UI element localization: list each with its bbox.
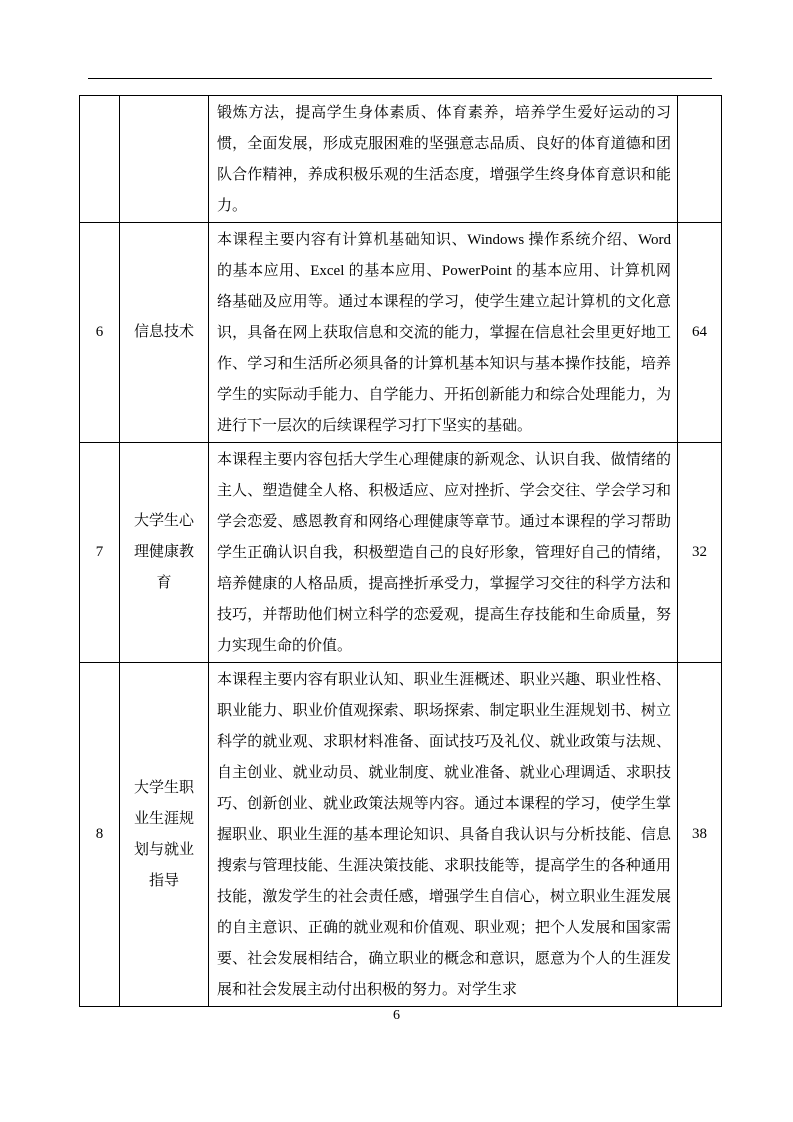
document-page: 锻炼方法，提高学生身体素质、体育素养，培养学生爱好运动的习惯，全面发展，形成克服… bbox=[0, 0, 793, 1122]
course-name-cell bbox=[120, 96, 209, 223]
course-name-cell: 大学生心理健康教育 bbox=[120, 443, 209, 663]
table-row: 7 大学生心理健康教育 本课程主要内容包括大学生心理健康的新观念、认识自我、做情… bbox=[80, 443, 722, 663]
course-index-cell: 6 bbox=[80, 223, 120, 443]
course-index-cell bbox=[80, 96, 120, 223]
header-rule bbox=[88, 78, 712, 79]
course-name-cell: 信息技术 bbox=[120, 223, 209, 443]
course-description-cell: 本课程主要内容有计算机基础知识、Windows 操作系统介绍、Word 的基本应… bbox=[209, 223, 678, 443]
course-index-cell: 7 bbox=[80, 443, 120, 663]
course-hours-cell: 64 bbox=[678, 223, 722, 443]
course-table: 锻炼方法，提高学生身体素质、体育素养，培养学生爱好运动的习惯，全面发展，形成克服… bbox=[79, 95, 722, 1007]
table-row: 6 信息技术 本课程主要内容有计算机基础知识、Windows 操作系统介绍、Wo… bbox=[80, 223, 722, 443]
page-number: 6 bbox=[0, 1008, 793, 1024]
course-name-cell: 大学生职业生涯规划与就业指导 bbox=[120, 663, 209, 1007]
course-description-cell: 本课程主要内容有职业认知、职业生涯概述、职业兴趣、职业性格、职业能力、职业价值观… bbox=[209, 663, 678, 1007]
table-row: 锻炼方法，提高学生身体素质、体育素养，培养学生爱好运动的习惯，全面发展，形成克服… bbox=[80, 96, 722, 223]
course-hours-cell: 32 bbox=[678, 443, 722, 663]
course-description-cell: 本课程主要内容包括大学生心理健康的新观念、认识自我、做情绪的主人、塑造健全人格、… bbox=[209, 443, 678, 663]
course-hours-cell: 38 bbox=[678, 663, 722, 1007]
course-hours-cell bbox=[678, 96, 722, 223]
table-row: 8 大学生职业生涯规划与就业指导 本课程主要内容有职业认知、职业生涯概述、职业兴… bbox=[80, 663, 722, 1007]
course-index-cell: 8 bbox=[80, 663, 120, 1007]
course-description-cell: 锻炼方法，提高学生身体素质、体育素养，培养学生爱好运动的习惯，全面发展，形成克服… bbox=[209, 96, 678, 223]
